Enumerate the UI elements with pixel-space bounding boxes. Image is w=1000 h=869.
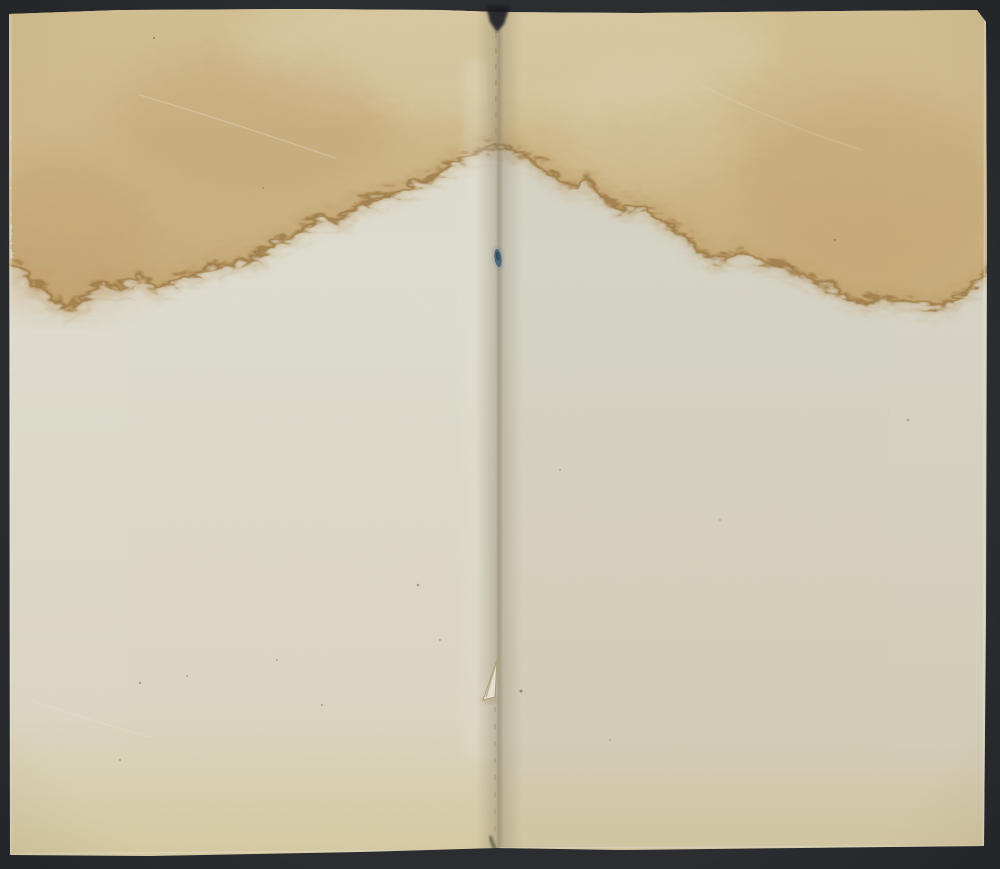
book-scan-canvas [0,0,1000,869]
paper-texture [0,0,1000,869]
book-scan-photo [0,0,1000,869]
page-vignette [0,0,1000,869]
